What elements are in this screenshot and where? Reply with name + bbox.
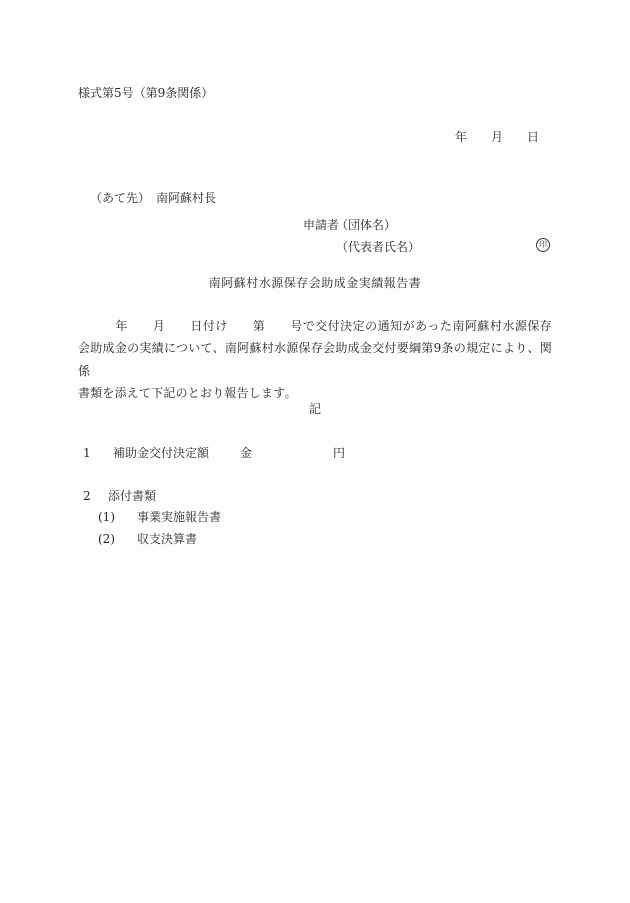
item1-label: 補助金交付決定額 [113, 446, 209, 461]
document-page: 様式第5号（第9条関係） 年 月 日 （あて先） 南阿蘇村長 申請者 （団体名）… [0, 0, 630, 903]
attachment-row-number: (1) [98, 510, 115, 525]
representative-name-label: （代表者氏名） [336, 240, 420, 255]
seal-mark-icon: 印 [536, 238, 550, 252]
document-title: 南阿蘇村水源保存会助成金実績報告書 [0, 276, 630, 291]
item2-label: 添付書類 [108, 489, 156, 504]
attachment-row-label: 収支決算書 [137, 532, 197, 547]
seal-char: 印 [539, 241, 547, 249]
record-marker: 記 [0, 402, 630, 417]
attachment-row-number: (2) [98, 532, 115, 547]
item1-currency-suffix: 円 [333, 446, 345, 461]
item2-number: 2 [83, 489, 91, 504]
date-line: 年 月 日 [455, 130, 539, 145]
applicant-label: 申請者 [303, 218, 339, 233]
body-paragraph: 年 月 日付け 第 号で交付決定の通知があった南阿蘇村水源保存 会助成金の実績に… [78, 315, 552, 404]
body-line-3: 書類を添えて下記のとおり報告します。 [78, 382, 552, 404]
addressee: （あて先） 南阿蘇村長 [90, 191, 216, 206]
org-name-label: （団体名） [336, 218, 396, 233]
item1-number: 1 [83, 446, 91, 461]
form-number: 様式第5号（第9条関係） [78, 86, 213, 101]
attachment-row-label: 事業実施報告書 [137, 510, 221, 525]
body-line-1: 年 月 日付け 第 号で交付決定の通知があった南阿蘇村水源保存 [78, 315, 552, 337]
body-line-2: 会助成金の実績について、南阿蘇村水源保存会助成金交付要綱第9条の規定により、関係 [78, 337, 552, 382]
item1-currency-prefix: 金 [240, 446, 252, 461]
